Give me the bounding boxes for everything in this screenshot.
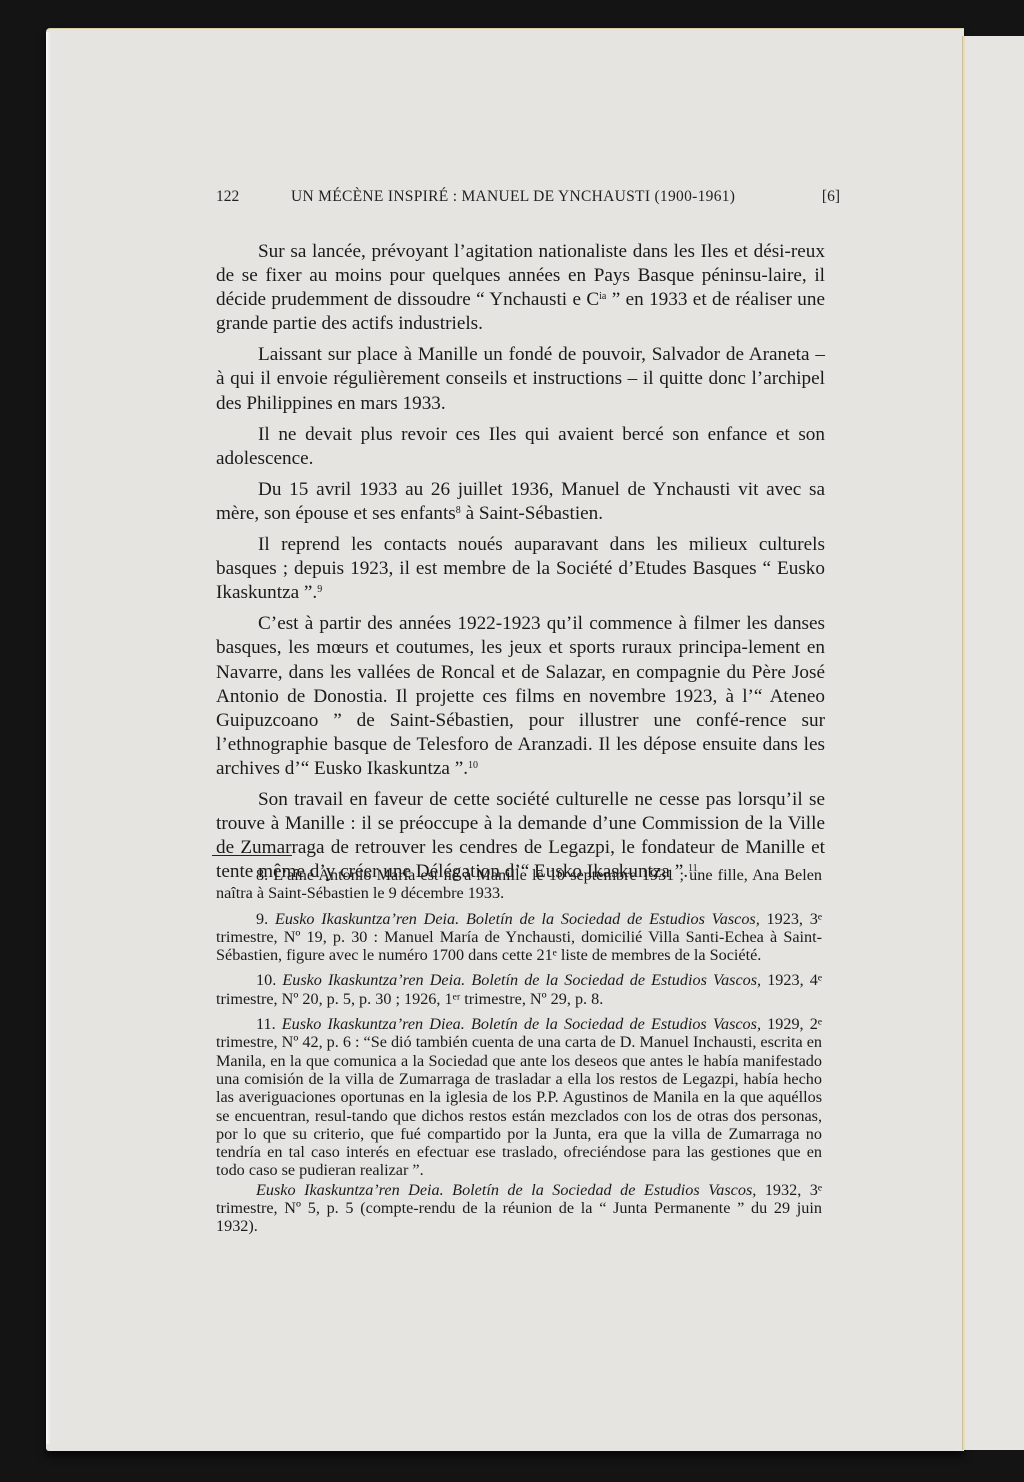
body-text: Sur sa lancée, prévoyant l’agitation nat… bbox=[216, 240, 825, 891]
running-head: 122 UN MÉCÈNE INSPIRÉ : MANUEL DE YNCHAU… bbox=[216, 188, 840, 208]
footnote-ref: 8 bbox=[456, 505, 461, 516]
footnote: 8. L’aîné Antonio María est né à Manille… bbox=[216, 866, 822, 903]
page-edge bbox=[46, 32, 51, 1444]
footnote-rule bbox=[212, 855, 292, 856]
footnote-ref: 9 bbox=[317, 584, 322, 595]
footnote: Eusko Ikaskuntza’ren Deia. Boletín de la… bbox=[216, 1181, 822, 1236]
facing-page bbox=[965, 36, 1024, 1450]
paragraph: Laissant sur place à Manille un fondé de… bbox=[216, 343, 825, 415]
section-number: [6] bbox=[822, 188, 840, 206]
running-title: UN MÉCÈNE INSPIRÉ : MANUEL DE YNCHAUSTI … bbox=[291, 188, 735, 206]
page-number: 122 bbox=[216, 188, 239, 206]
footnote-ref: 10 bbox=[468, 760, 478, 771]
footnotes: 8. L’aîné Antonio María est né à Manille… bbox=[216, 866, 822, 1243]
paragraph: Il ne devait plus revoir ces Iles qui av… bbox=[216, 423, 825, 471]
footnote: 9. Eusko Ikaskuntza’ren Deia. Boletín de… bbox=[216, 910, 822, 965]
paragraph: Sur sa lancée, prévoyant l’agitation nat… bbox=[216, 240, 825, 336]
footnote: 10. Eusko Ikaskuntza’ren Deia. Boletín d… bbox=[216, 971, 822, 1008]
footnote: 11. Eusko Ikaskuntza’ren Diea. Boletín d… bbox=[216, 1015, 822, 1180]
paragraph: Du 15 avril 1933 au 26 juillet 1936, Man… bbox=[216, 478, 825, 526]
paragraph: Il reprend les contacts noués auparavant… bbox=[216, 533, 825, 605]
paragraph: C’est à partir des années 1922-1923 qu’i… bbox=[216, 612, 825, 781]
